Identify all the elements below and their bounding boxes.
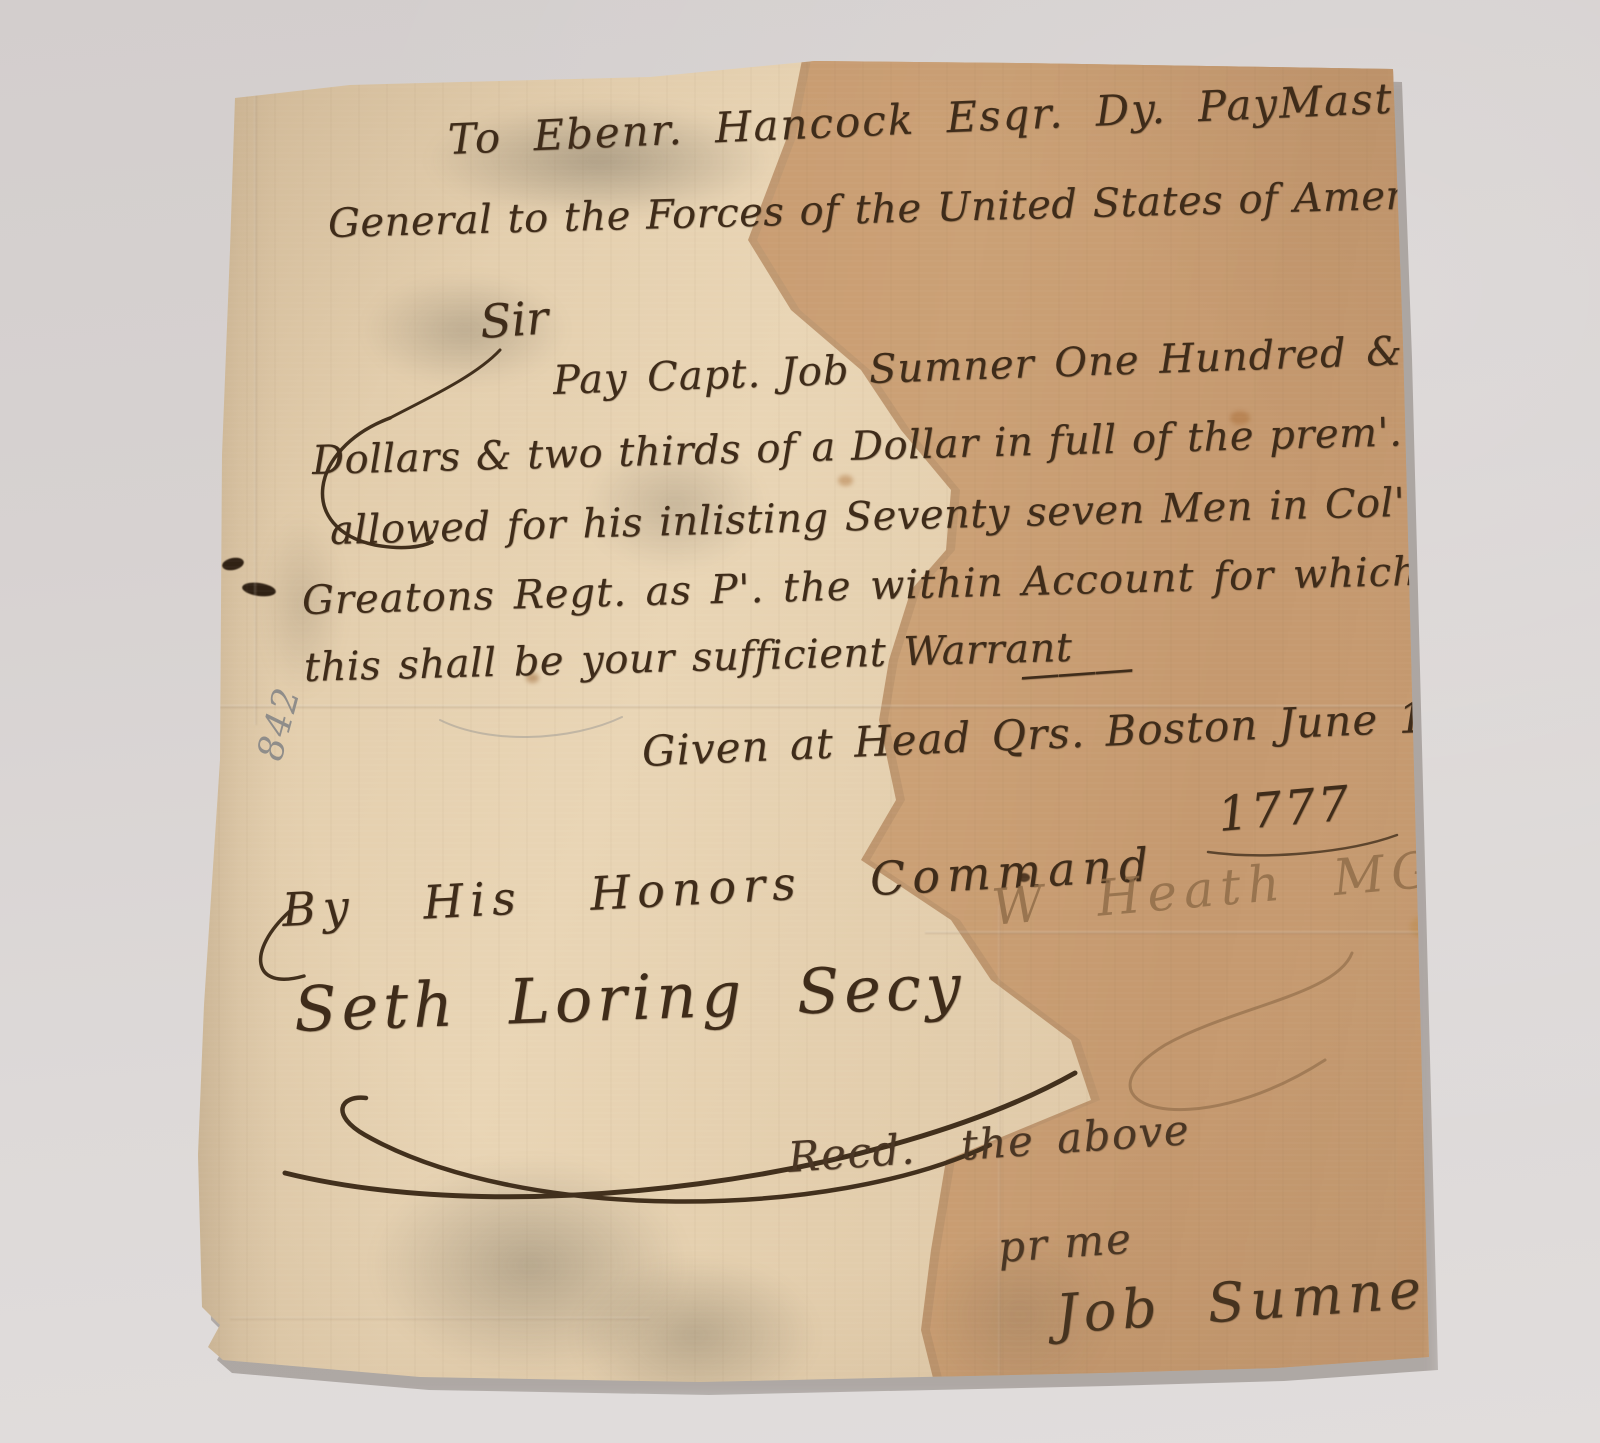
receipt-line-2: pr me xyxy=(996,1214,1134,1272)
photo: { "colors": { "backdrop": "#d7d2d1", "pa… xyxy=(0,0,1600,1443)
salutation: Sir xyxy=(478,290,550,349)
date-line-2: 1777 xyxy=(1216,775,1355,842)
manuscript-paper: To Ebenr. Hancock Esqr. Dy. PayMaster Ge… xyxy=(190,55,1435,1390)
body-line-5-dash: ——— xyxy=(1018,645,1132,699)
